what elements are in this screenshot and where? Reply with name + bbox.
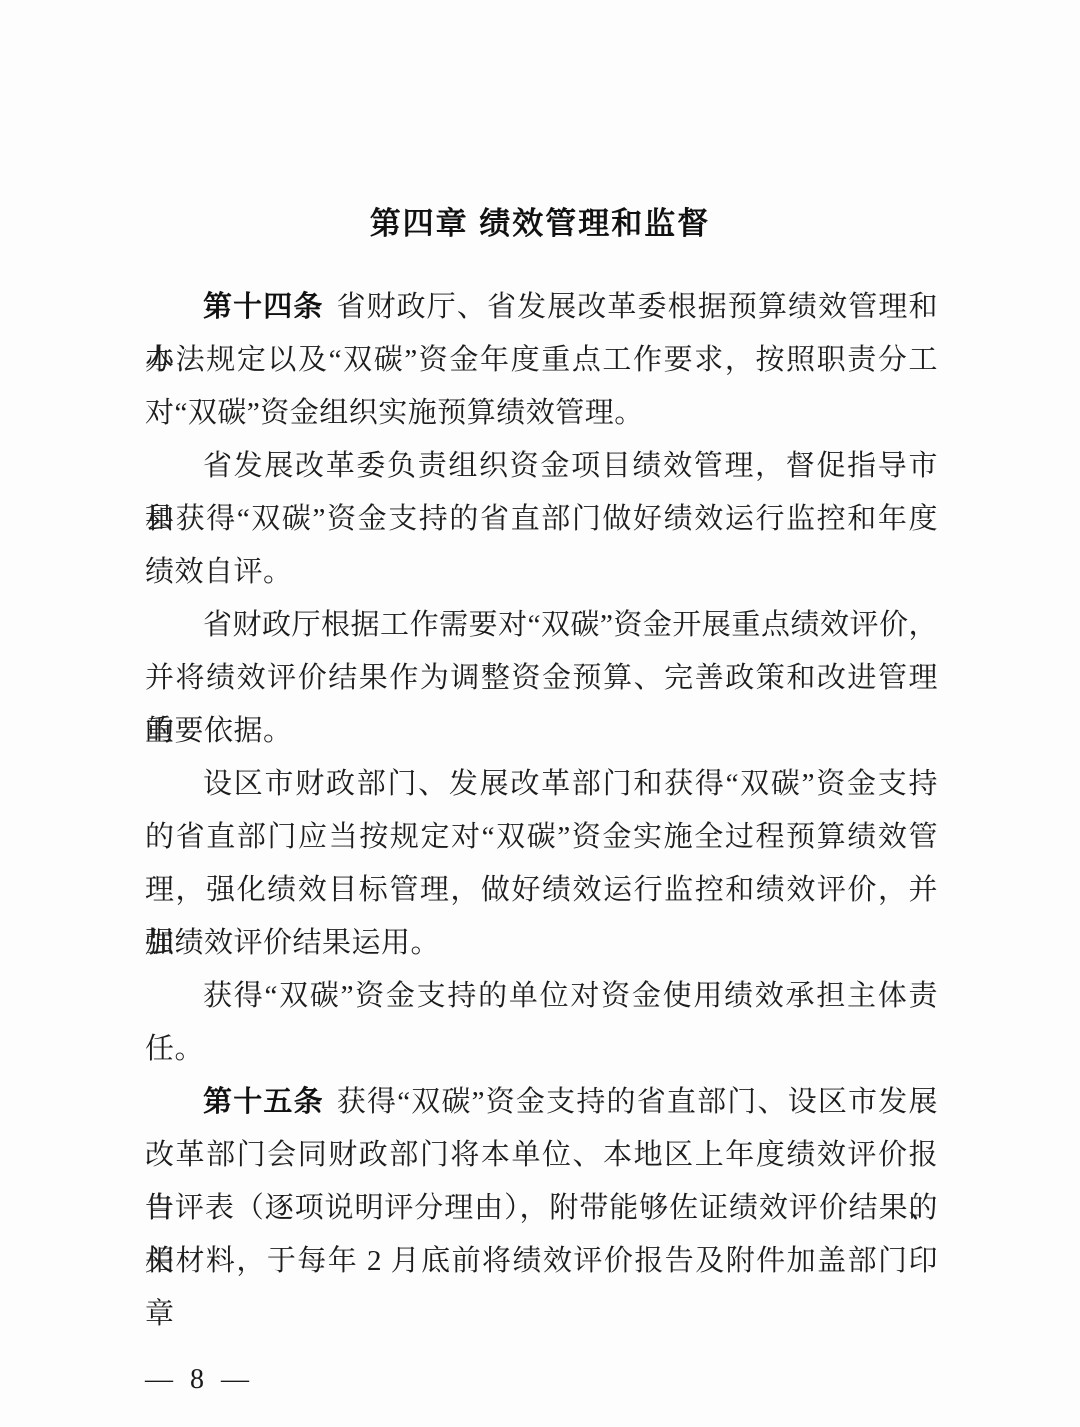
line-text: 获得“双碳”资金支持的省直部门、设区市发展	[337, 1086, 938, 1118]
text-line: 重要依据。	[145, 705, 938, 758]
text-line: 对“双碳”资金组织实施预算绩效管理。	[145, 387, 938, 440]
text-line: 自评表（逐项说明评分理由），附带能够佐证绩效评价结果的相	[145, 1182, 938, 1235]
page-number: — 8 —	[145, 1362, 254, 1398]
text-line: 第十五条获得“双碳”资金支持的省直部门、设区市发展	[145, 1076, 938, 1129]
text-line: 和获得“双碳”资金支持的省直部门做好绩效运行监控和年度	[145, 493, 938, 546]
text-line: 改革部门会同财政部门将本单位、本地区上年度绩效评价报告、	[145, 1129, 938, 1182]
text-line: 省发展改革委负责组织资金项目绩效管理，督促指导市县	[145, 440, 938, 493]
paragraph: 第十五条获得“双碳”资金支持的省直部门、设区市发展 改革部门会同财政部门将本单位…	[145, 1076, 938, 1288]
text-line: 关材料，于每年 2 月底前将绩效评价报告及附件加盖部门印章	[145, 1235, 938, 1288]
text-line: 并将绩效评价结果作为调整资金预算、完善政策和改进管理的	[145, 652, 938, 705]
text-line: 强绩效评价结果运用。	[145, 917, 938, 970]
text-line: 第十四条省财政厅、省发展改革委根据预算绩效管理和本	[145, 281, 938, 334]
paragraph: 省财政厅根据工作需要对“双碳”资金开展重点绩效评价， 并将绩效评价结果作为调整资…	[145, 599, 938, 758]
text-line: 设区市财政部门、发展改革部门和获得“双碳”资金支持	[145, 758, 938, 811]
article-number: 第十四条	[203, 291, 323, 323]
text-line: 绩效自评。	[145, 546, 938, 599]
text-line: 理，强化绩效目标管理，做好绩效运行监控和绩效评价，并加	[145, 864, 938, 917]
document-body: 第十四条省财政厅、省发展改革委根据预算绩效管理和本 办法规定以及“双碳”资金年度…	[145, 281, 938, 1288]
text-line: 获得“双碳”资金支持的单位对资金使用绩效承担主体责	[145, 970, 938, 1023]
paragraph: 设区市财政部门、发展改革部门和获得“双碳”资金支持 的省直部门应当按规定对“双碳…	[145, 758, 938, 970]
text-line: 的省直部门应当按规定对“双碳”资金实施全过程预算绩效管	[145, 811, 938, 864]
document-page: 第四章 绩效管理和监督 第十四条省财政厅、省发展改革委根据预算绩效管理和本 办法…	[0, 0, 1080, 1427]
article-number: 第十五条	[203, 1086, 324, 1118]
text-line: 省财政厅根据工作需要对“双碳”资金开展重点绩效评价，	[145, 599, 938, 652]
text-line: 办法规定以及“双碳”资金年度重点工作要求，按照职责分工	[145, 334, 938, 387]
chapter-heading: 第四章 绩效管理和监督	[0, 198, 1080, 243]
paragraph: 第十四条省财政厅、省发展改革委根据预算绩效管理和本 办法规定以及“双碳”资金年度…	[145, 281, 938, 440]
paragraph: 获得“双碳”资金支持的单位对资金使用绩效承担主体责 任。	[145, 970, 938, 1076]
text-line: 任。	[145, 1023, 938, 1076]
paragraph: 省发展改革委负责组织资金项目绩效管理，督促指导市县 和获得“双碳”资金支持的省直…	[145, 440, 938, 599]
